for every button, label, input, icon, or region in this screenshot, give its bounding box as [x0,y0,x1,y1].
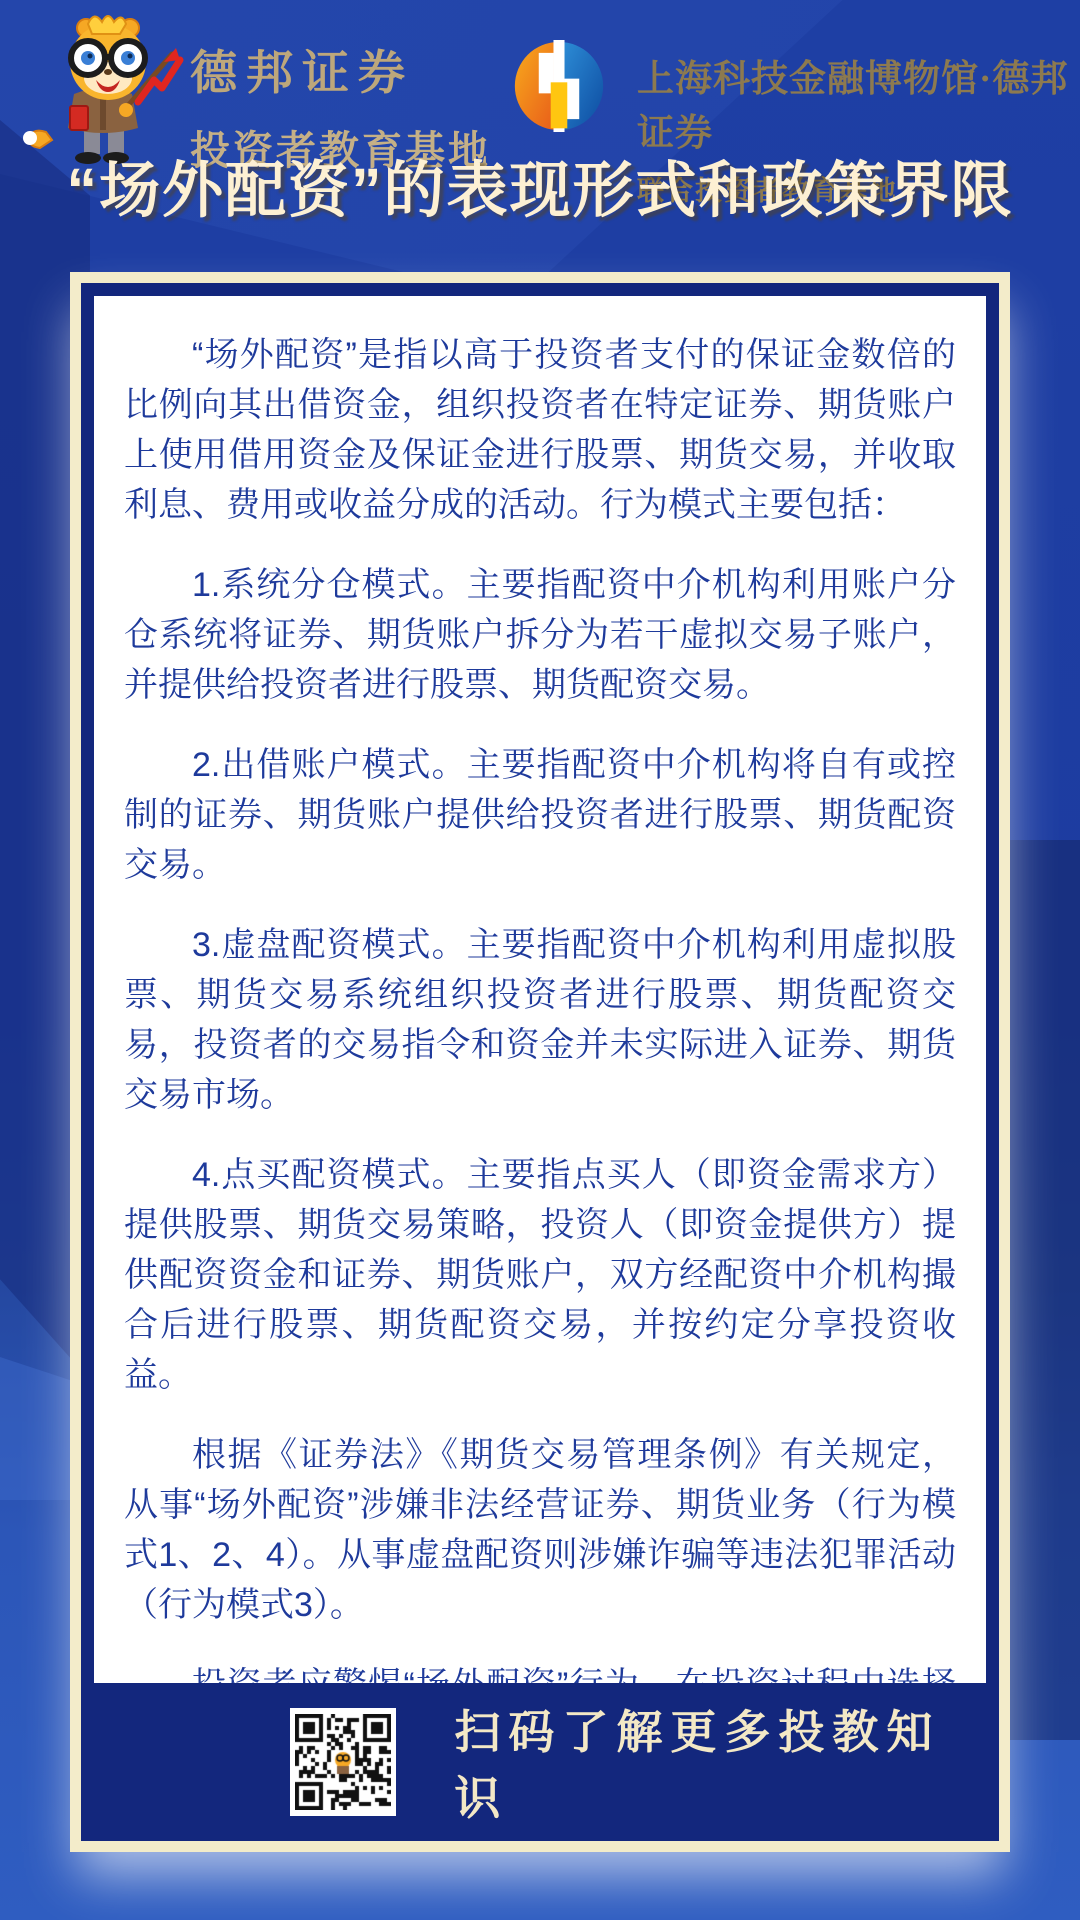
museum-title: 上海科技金融博物馆·德邦证券 [637,48,1080,156]
scan-hint-label: 扫码了解更多投教知识 [454,1696,986,1828]
card-footer: 扫码了解更多投教知识 [94,1683,986,1841]
paragraph: 1.系统分仓模式。主要指配资中介机构利用账户分仓系统将证券、期货账户拆分为若干虚… [124,560,956,710]
paragraph: 投资者应警惕“场外配资”行为，在投资过程中选择合法机构，坚持理性投资，并且提升自… [124,1660,956,1683]
content-card-inner: “场外配资”是指以高于投资者支付的保证金数倍的比例向其出借资金，组织投资者在特定… [81,283,999,1841]
museum-logo-icon [513,40,605,132]
paragraph: 根据《证券法》《期货交易管理条例》有关规定，从事“场外配资”涉嫌非法经营证券、期… [124,1430,956,1630]
paragraph: 2.出借账户模式。主要指配资中介机构将自有或控制的证券、期货账户提供给投资者进行… [124,740,956,890]
page-title: “场外配资”的表现形式和政策界限 [0,142,1080,229]
paragraph: 4.点买配资模式。主要指点买人（即资金需求方）提供股票、期货交易策略，投资人（即… [124,1150,956,1400]
paragraph: “场外配资”是指以高于投资者支付的保证金数倍的比例向其出借资金，组织投资者在特定… [124,330,956,530]
header: 德邦证券 投资者教育基地 上海科技金融博物馆·德邦证券 联合投资者教育基地 [0,0,1080,150]
qr-code [290,1708,396,1816]
brand-name: 德邦证券 [190,36,491,103]
content-card: “场外配资”是指以高于投资者支付的保证金数倍的比例向其出借资金，组织投资者在特定… [70,272,1010,1852]
paragraph: 3.虚盘配资模式。主要指配资中介机构利用虚拟股票、期货交易系统组织投资者进行股票… [124,920,956,1120]
article-body: “场外配资”是指以高于投资者支付的保证金数倍的比例向其出借资金，组织投资者在特定… [94,296,986,1683]
background-facet-right [1002,840,1080,1740]
